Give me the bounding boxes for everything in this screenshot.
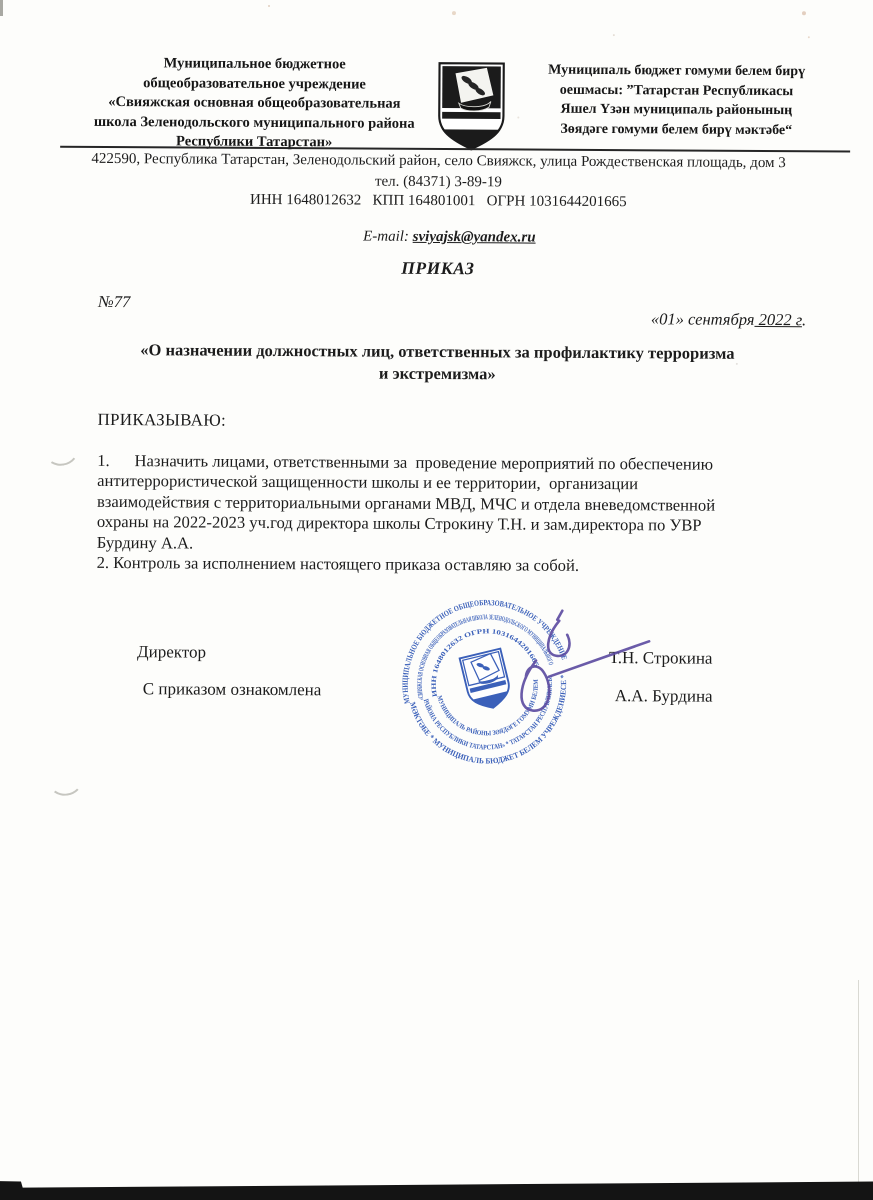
order-subject: «О назначении должностных лиц, ответстве… [1,338,873,387]
letterhead-line: школа Зеленодольского муниципального рай… [62,112,446,134]
scan-corner-mark [0,0,3,16]
order-date-suffix: . [802,310,806,329]
letterhead-line: «Свияжская основная общеобразовательная [62,93,446,115]
letterhead-line: Муниципальное бюджетное [63,54,447,76]
letterhead-line: Яшел Үзән муниципаль районының [506,99,846,121]
letterhead-line: оешмасы: ”Татарстан Республикасы [506,80,846,102]
body-line: 2. Контроль за исполнением настоящего пр… [97,553,807,578]
letterhead-russian: Муниципальное бюджетное общеобразователь… [62,54,447,154]
scanned-order-page: Муниципальное бюджетное общеобразователь… [0,0,873,1200]
signature-role-acknowledged: С приказом ознакомлена [143,679,322,700]
letterhead-tatar: Муниципаль бюджет гомуми белем бирү оешм… [506,60,846,140]
coat-of-arms-icon [435,60,508,157]
handwritten-signature [504,598,655,734]
signature-role-director: Директор [137,642,206,662]
order-number: №77 [98,292,130,312]
punch-hole-mark-bottom [47,764,84,797]
letterhead-line: общеобразовательное учреждение [62,73,446,95]
order-date-year: 2022 г [754,310,802,329]
scan-noise-speckles [268,5,270,7]
email-address: sviyajsk@yandex.ru [413,229,536,246]
order-subject-line: и экстремизма» [1,360,873,387]
email-label: E-mail: [363,229,413,245]
scan-right-edge [858,980,859,1182]
resolve-heading: ПРИКАЗЫВАЮ: [97,410,226,431]
order-body: 1. Назначить лицами, ответственными за п… [97,451,808,578]
letterhead-line: Муниципаль бюджет гомуми белем бирү [507,60,847,82]
punch-hole-mark-top [42,433,81,468]
address-line: 422590, Республика Татарстан, Зеленодоль… [2,150,873,172]
order-date-prefix: «01» сентября [651,309,755,329]
letterhead-line: Зөядәге гомуми белем бирү мәктәбе“ [506,119,846,141]
body-line: охраны на 2022-2023 уч.год директора шко… [97,512,807,537]
order-date: «01» сентября 2022 г. [501,308,806,330]
order-title: ПРИКАЗ [1,255,873,281]
